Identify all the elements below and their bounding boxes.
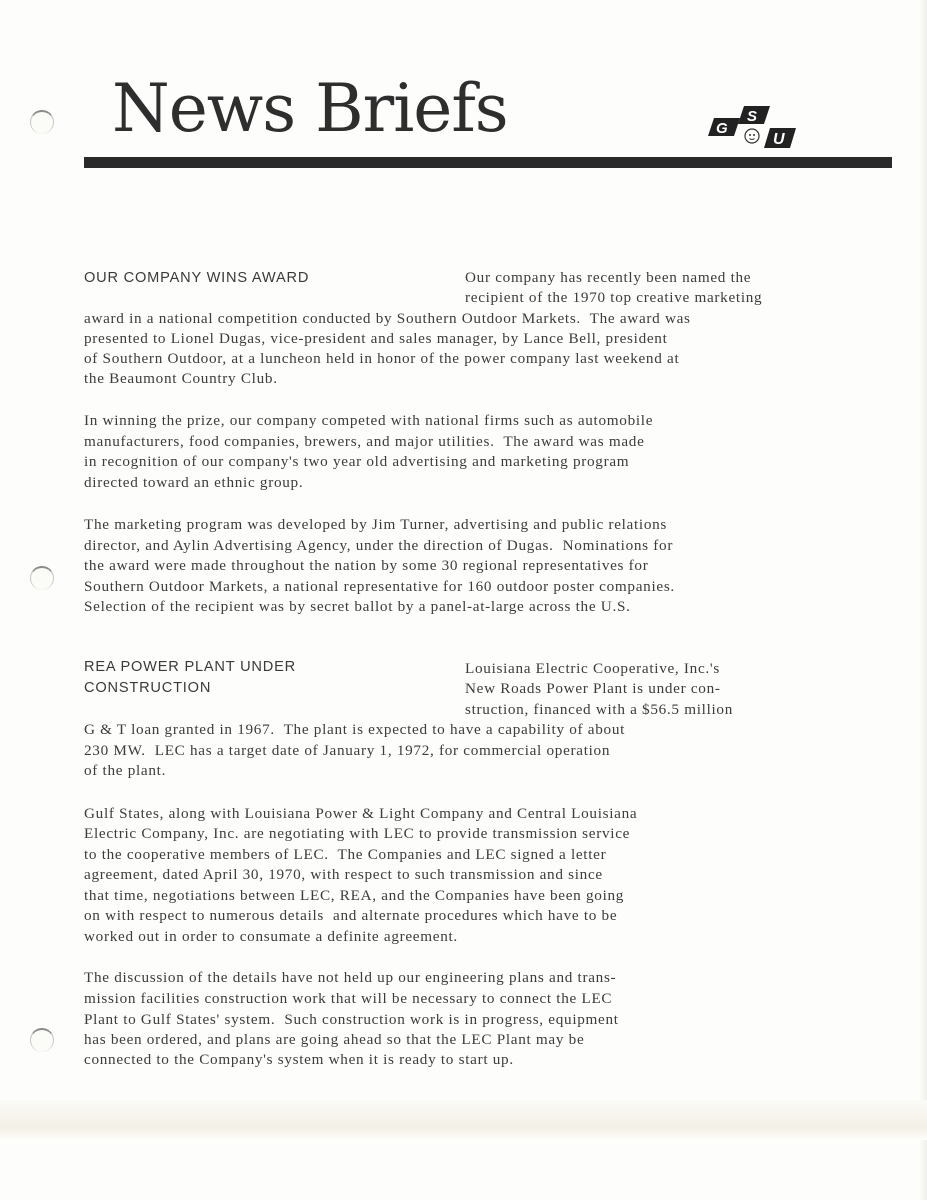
- body-line: agreement, dated April 30, 1970, with re…: [84, 865, 603, 886]
- body-line: of Southern Outdoor, at a luncheon held …: [84, 349, 679, 370]
- body-line: G & T loan granted in 1967. The plant is…: [84, 720, 625, 741]
- scan-shadow-band: [0, 1100, 927, 1140]
- page-edge: [919, 0, 927, 1200]
- body-line: the award were made throughout the natio…: [84, 556, 648, 577]
- body-line: to the cooperative members of LEC. The C…: [84, 845, 606, 866]
- body-line: Southern Outdoor Markets, a national rep…: [84, 577, 675, 598]
- article-heading: REA POWER PLANT UNDER: [84, 657, 296, 678]
- reddy-kilowatt-icon: [745, 129, 759, 143]
- body-line: in recognition of our company's two year…: [84, 452, 629, 473]
- body-line: the Beaumont Country Club.: [84, 369, 278, 390]
- body-line: has been ordered, and plans are going ah…: [84, 1030, 584, 1051]
- body-line: presented to Lionel Dugas, vice-presiden…: [84, 329, 668, 350]
- body-line: worked out in order to consumate a defin…: [84, 927, 458, 948]
- body-line: Gulf States, along with Louisiana Power …: [84, 804, 637, 825]
- body-line: In winning the prize, our company compet…: [84, 411, 653, 432]
- article-heading: OUR COMPANY WINS AWARD: [84, 268, 309, 289]
- body-line: directed toward an ethnic group.: [84, 473, 303, 494]
- body-line: The discussion of the details have not h…: [84, 968, 616, 989]
- body-line: director, and Aylin Advertising Agency, …: [84, 536, 673, 557]
- lead-line: struction, financed with a $56.5 million: [465, 700, 733, 721]
- body-line: The marketing program was developed by J…: [84, 515, 667, 536]
- punch-hole-middle: [30, 566, 54, 590]
- body-line: Selection of the recipient was by secret…: [84, 597, 631, 618]
- logo-letter-u: U: [773, 131, 785, 148]
- body-line: manufacturers, food companies, brewers, …: [84, 432, 645, 453]
- article-heading: CONSTRUCTION: [84, 678, 211, 699]
- body-line: 230 MW. LEC has a target date of January…: [84, 741, 610, 762]
- punch-hole-top: [30, 110, 54, 134]
- lead-line: recipient of the 1970 top creative marke…: [465, 288, 762, 309]
- punch-hole-bottom: [30, 1028, 54, 1052]
- lead-line: New Roads Power Plant is under con-: [465, 679, 721, 700]
- gsu-logo-icon: G S U: [706, 104, 798, 150]
- body-line: Plant to Gulf States' system. Such const…: [84, 1010, 619, 1031]
- body-line: mission facilities construction work tha…: [84, 989, 612, 1010]
- masthead-rule: [84, 157, 892, 168]
- body-line: on with respect to numerous details and …: [84, 906, 617, 927]
- body-line: Electric Company, Inc. are negotiating w…: [84, 824, 630, 845]
- logo-letter-g: G: [716, 120, 728, 137]
- logo-letter-s: S: [747, 108, 757, 125]
- lead-line: Our company has recently been named the: [465, 268, 751, 289]
- body-line: award in a national competition conducte…: [84, 309, 691, 330]
- lead-line: Louisiana Electric Cooperative, Inc.'s: [465, 659, 720, 680]
- body-line: of the plant.: [84, 761, 166, 782]
- body-line: connected to the Company's system when i…: [84, 1050, 514, 1071]
- body-line: that time, negotiations between LEC, REA…: [84, 886, 624, 907]
- page-title: News Briefs: [112, 76, 508, 142]
